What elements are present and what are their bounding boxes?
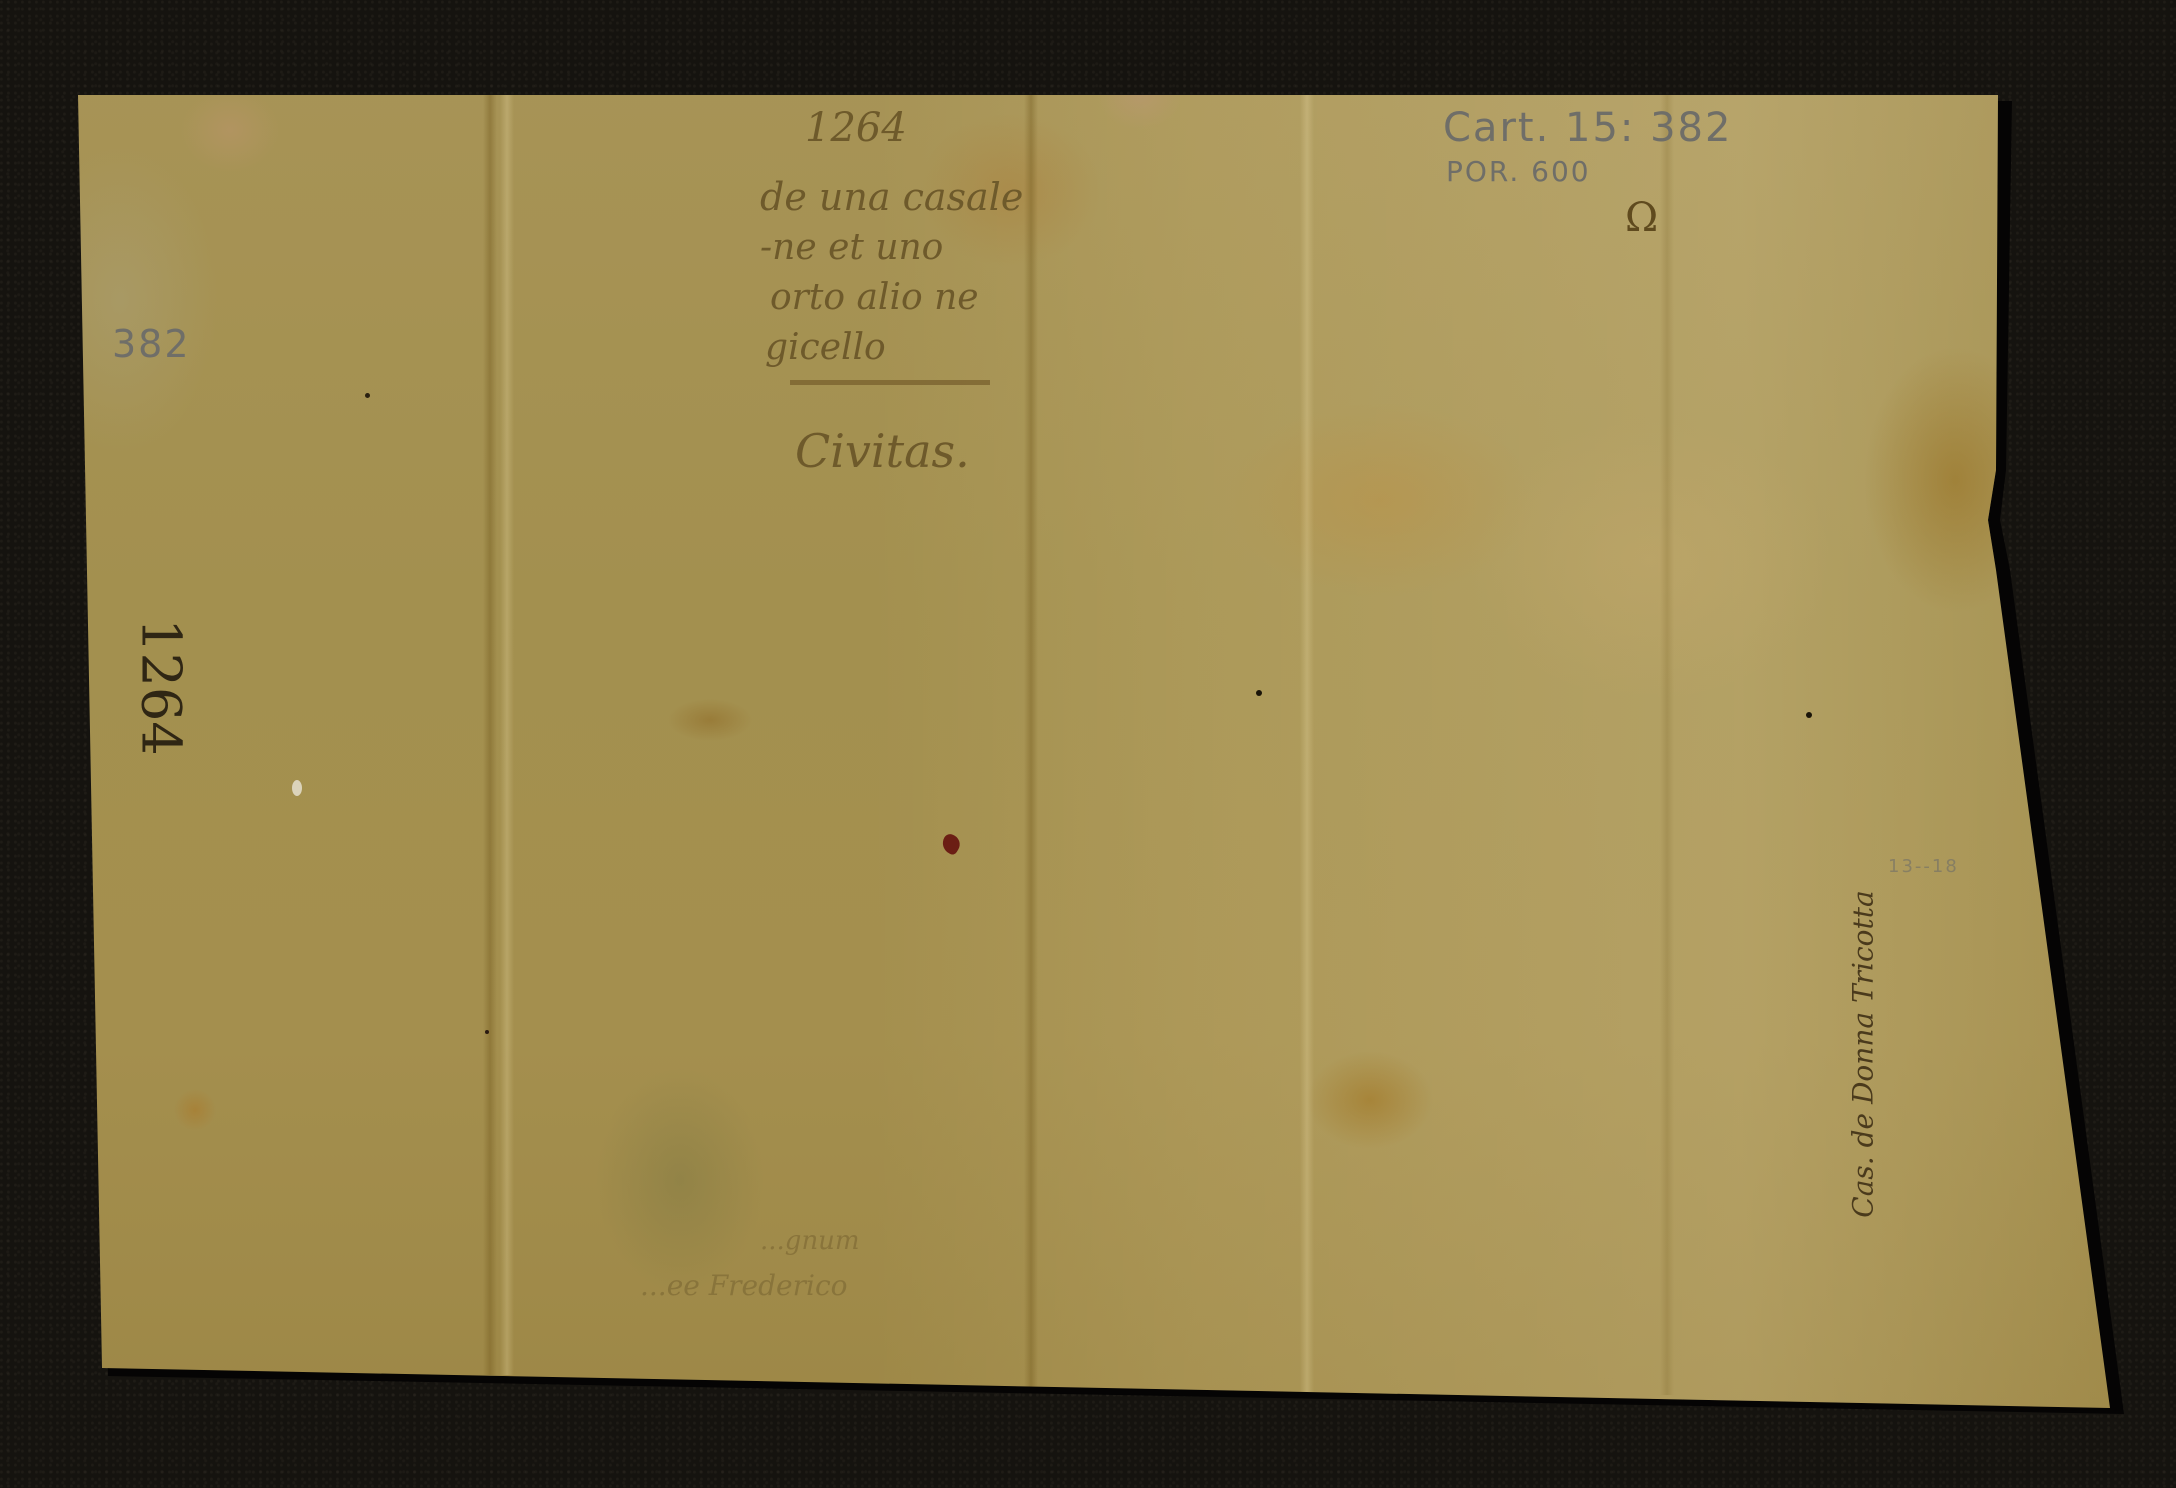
- parchment-sheet: 1264 de una casale -ne et uno orto alio …: [0, 0, 2176, 1488]
- fold-crease: [483, 95, 497, 1375]
- document-scan: 1264 de una casale -ne et uno orto alio …: [0, 0, 2176, 1488]
- left-number: 382: [112, 325, 191, 363]
- shelfmark-cart: Cart. 15: 382: [1443, 108, 1732, 148]
- summary-line-2: -ne et uno: [760, 230, 943, 266]
- summary-line-3: orto alio ne: [770, 280, 979, 316]
- faint-note-line-2: ...ee Frederico: [640, 1272, 848, 1300]
- fold-crease: [1024, 95, 1038, 1395]
- fold-crease: [1300, 95, 1314, 1395]
- dark-spot: [1806, 712, 1812, 718]
- white-flake: [292, 780, 302, 796]
- dark-spot: [365, 393, 370, 398]
- fold-crease: [1660, 95, 1674, 1395]
- dark-spot: [1256, 690, 1262, 696]
- margin-mark: 13--18: [1888, 858, 1959, 876]
- summary-line-4: gicello: [765, 330, 886, 366]
- fold-crease: [500, 95, 514, 1375]
- red-ink-mark: [939, 832, 964, 857]
- dark-spot: [485, 1030, 489, 1034]
- separator-rule: [790, 382, 990, 385]
- vertical-note: Cas. de Donna Tricotta: [1850, 890, 1878, 1217]
- margin-year: 1264: [134, 618, 188, 755]
- civitas-title: Civitas.: [795, 428, 970, 474]
- year-note: 1264: [805, 108, 907, 148]
- shelfmark-por: POR. 600: [1446, 158, 1591, 186]
- omega-mark: Ω: [1625, 198, 1658, 238]
- faint-note-line-1: ...gnum: [760, 1228, 860, 1254]
- summary-line-1: de una casale: [760, 178, 1023, 216]
